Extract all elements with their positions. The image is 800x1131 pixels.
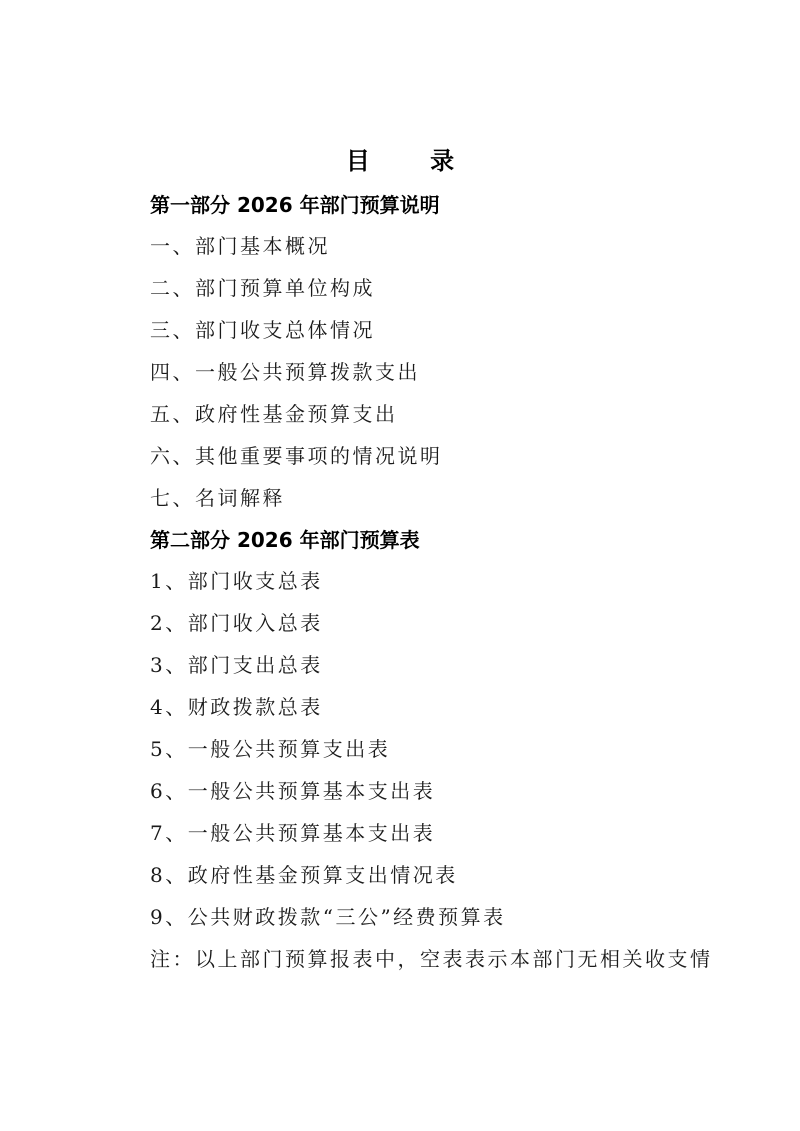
toc-item: 五、政府性基金预算支出	[150, 399, 398, 429]
toc-item: 8、政府性基金预算支出情况表	[150, 860, 458, 890]
toc-item: 七、名词解释	[150, 483, 285, 513]
document-page: 目 录 第一部分 2026 年部门预算说明 一、部门基本概况 二、部门预算单位构…	[0, 0, 800, 1131]
part1-heading: 第一部分 2026 年部门预算说明	[150, 190, 440, 220]
toc-item: 5、一般公共预算支出表	[150, 734, 390, 764]
toc-item: 1、部门收支总表	[150, 566, 323, 596]
part2-heading: 第二部分 2026 年部门预算表	[150, 525, 420, 555]
toc-note: 注：以上部门预算报表中，空表表示本部门无相关收支情	[150, 944, 713, 974]
toc-item: 9、公共财政拨款“三公”经费预算表	[150, 902, 506, 932]
toc-item: 二、部门预算单位构成	[150, 273, 375, 303]
toc-item: 6、一般公共预算基本支出表	[150, 776, 435, 806]
toc-item: 4、财政拨款总表	[150, 692, 323, 722]
toc-item: 7、一般公共预算基本支出表	[150, 818, 435, 848]
toc-item: 一、部门基本概况	[150, 231, 330, 261]
toc-item: 2、部门收入总表	[150, 608, 323, 638]
toc-item: 3、部门支出总表	[150, 650, 323, 680]
toc-item: 六、其他重要事项的情况说明	[150, 441, 443, 471]
toc-item: 三、部门收支总体情况	[150, 315, 375, 345]
toc-item: 四、一般公共预算拨款支出	[150, 357, 420, 387]
toc-title: 目 录	[0, 144, 800, 178]
